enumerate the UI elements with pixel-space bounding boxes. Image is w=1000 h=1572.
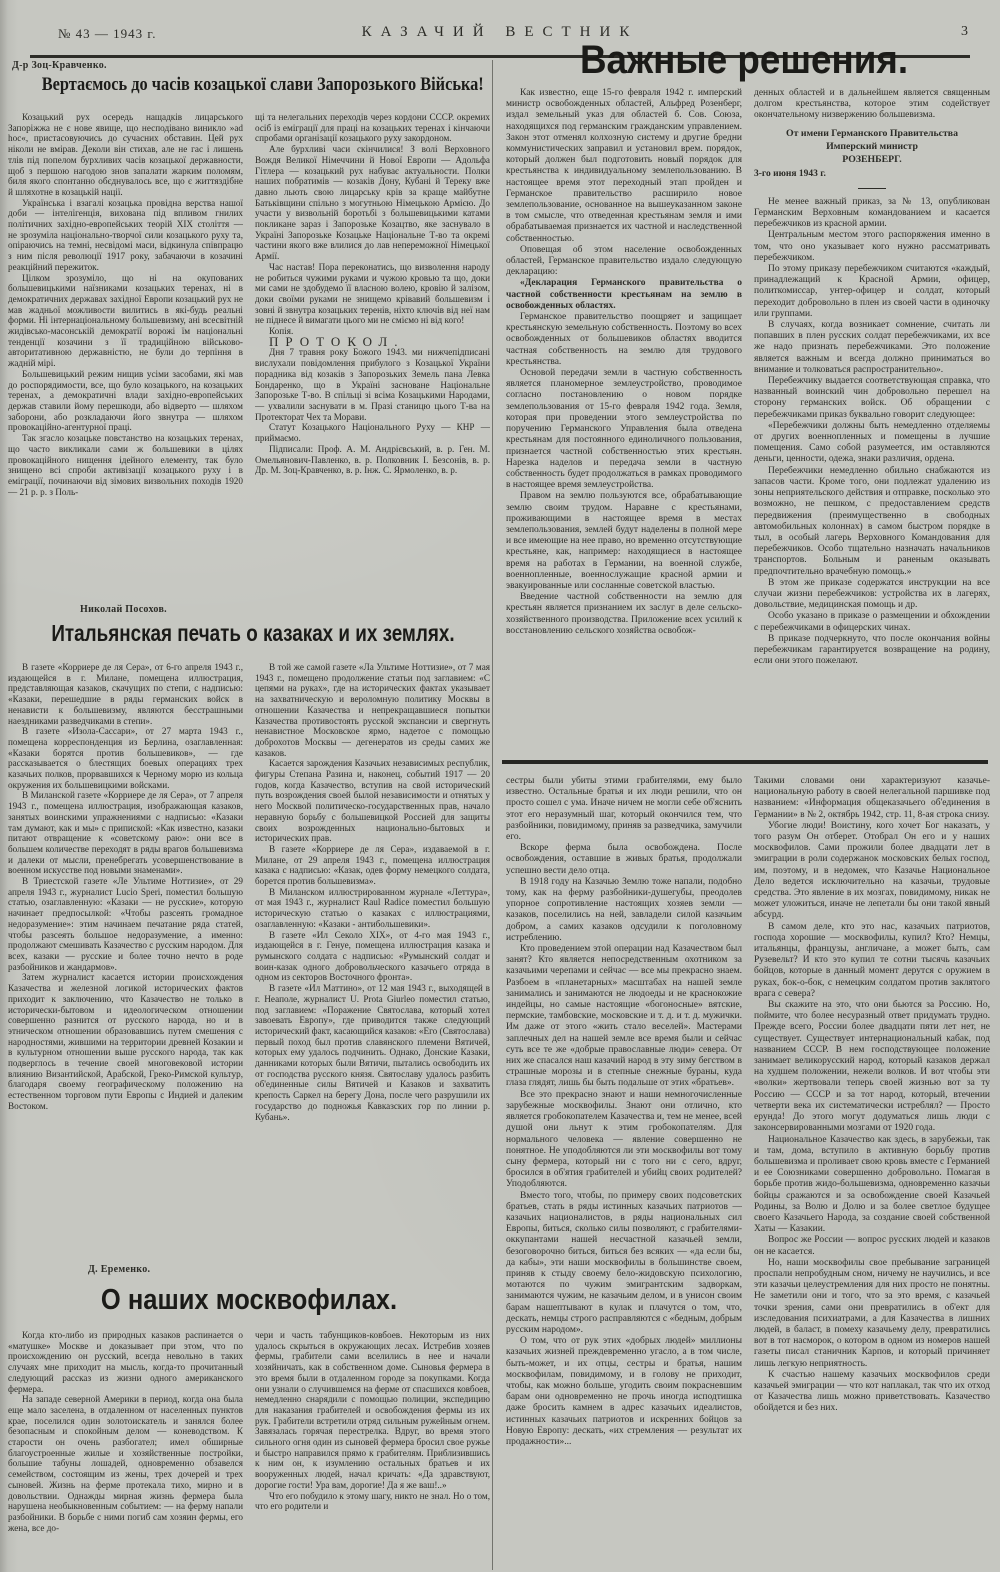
article1-body: Козацький рух осередь нащадків лицарсько… bbox=[8, 112, 490, 598]
signature-line-3: РОЗЕНБЕРГ. bbox=[754, 153, 990, 166]
paragraph: Статут Козацького Національного Руху — К… bbox=[255, 422, 490, 443]
paragraph: Как известно, еще 15-го февраля 1942 г. … bbox=[506, 88, 742, 245]
paragraph: Введение частной собственности на землю … bbox=[506, 592, 742, 637]
article3-body: Когда кто-либо из природных казаков расп… bbox=[8, 1330, 490, 1572]
paragraph: Вскоре ферма была освобождена. После осв… bbox=[506, 843, 742, 877]
paragraph: Дня 7 травня року Божого 1943. ми нижчеп… bbox=[255, 347, 490, 422]
article4-column-2: денных областей и в дальнейшем является … bbox=[754, 88, 990, 758]
paragraph: Вопрос же России — вопрос русских людей … bbox=[754, 1235, 990, 1257]
paragraph: Что его побудило к этому шагу, никто не … bbox=[255, 1491, 490, 1512]
paragraph: Особо указано в приказе о размещении и о… bbox=[754, 611, 990, 633]
paragraph: Вы скажите на это, что они бьются за Рос… bbox=[754, 1000, 990, 1134]
paragraph: По этому приказу перебежчиком считаются … bbox=[754, 264, 990, 320]
paragraph: В 1918 году на Казачью Землю тоже напали… bbox=[506, 877, 742, 944]
paragraph: Основой передачи земли в частную собстве… bbox=[506, 368, 742, 491]
article2-byline: Николай Посохов. bbox=[80, 604, 167, 615]
section-rule bbox=[502, 760, 988, 764]
paragraph: В газете «Изола-Сассари», от 27 марта 19… bbox=[8, 726, 243, 790]
paragraph: В газете «Ил Секоло XIX», от 4-го мая 19… bbox=[255, 930, 490, 984]
article1-headline: Вертаємось до часів козацької слави Запо… bbox=[42, 74, 457, 96]
article3-headline: О наших москвофилах. bbox=[37, 1284, 461, 1317]
article3-byline: Д. Еременко. bbox=[88, 1264, 150, 1275]
paragraph: «Декларация Германского правительства о … bbox=[506, 278, 742, 312]
left-half: Д-р Зоц-Кравченко. Вертаємось до часів к… bbox=[8, 58, 490, 1572]
date-line: 3-го июня 1943 г. bbox=[754, 169, 990, 180]
article1-byline: Д-р Зоц-Кравченко. bbox=[12, 60, 107, 71]
paragraph: В Миланской газете «Корриере де ля Сера»… bbox=[8, 790, 243, 876]
paragraph: чери и часть табунщиков-ковбоев. Некотор… bbox=[255, 1330, 490, 1491]
article3-column-1: Когда кто-либо из природных казаков расп… bbox=[8, 1330, 243, 1572]
paragraph: Когда кто-либо из природных казаков расп… bbox=[8, 1330, 243, 1394]
paragraph: В газете «Корриере де ля Сера», издаваем… bbox=[255, 844, 490, 887]
paragraph: Правом на землю пользуются все, обрабаты… bbox=[506, 491, 742, 592]
newspaper-page: № 43 — 1943 г. КАЗАЧИЙ ВЕСТНИК 3 Д-р Зоц… bbox=[0, 0, 1000, 1572]
paragraph: щі та нелегальних переходів через кордон… bbox=[255, 112, 490, 144]
article4-body: Как известно, еще 15-го февраля 1942 г. … bbox=[506, 88, 990, 758]
paragraph: Час настав! Пора переконатись, що визвол… bbox=[255, 262, 490, 326]
paragraph: Все это прекрасно знают и наши немногочи… bbox=[506, 1090, 742, 1191]
dash-separator bbox=[858, 188, 886, 189]
paragraph: Убогие люди! Воистину, кого хочет Бог на… bbox=[754, 821, 990, 922]
article4-orders-text: Не менее важный приказ, за № 13, опублик… bbox=[754, 197, 990, 668]
article2-column-1: В газете «Корриере де ля Сера», от 6-го … bbox=[8, 662, 243, 1242]
paragraph: Але бурхливі часи скінчилися! З волі Вер… bbox=[255, 144, 490, 262]
article4-column-1: Как известно, еще 15-го февраля 1942 г. … bbox=[506, 88, 742, 758]
article4-lead-continuation: денных областей и в дальнейшем является … bbox=[754, 88, 990, 122]
article2-column-2: В той же самой газете «Ла Ультиме Ноттиз… bbox=[255, 662, 490, 1242]
paragraph: Затем журналист касается истории происхо… bbox=[8, 972, 243, 1111]
paragraph: «Перебежчики должны быть немедленно отде… bbox=[754, 421, 990, 466]
paragraph: Большевицький режим нищив усіми засобами… bbox=[8, 369, 243, 433]
paragraph: В газете «Ил Маттино», от 12 мая 1943 г.… bbox=[255, 983, 490, 1122]
article4-headline: Важные решения. bbox=[516, 38, 972, 83]
paragraph: Цілком зрозуміло, що ні на окупованих бо… bbox=[8, 273, 243, 369]
paragraph: сестры были убиты этими грабителями, ему… bbox=[506, 776, 742, 843]
paragraph: Перебежчики немедленно обильно снабжаютс… bbox=[754, 466, 990, 578]
paragraph: В газете «Корриере де ля Сера», от 6-го … bbox=[8, 662, 243, 726]
paragraph: Підписали: Проф. А. М. Андрієвський, в. … bbox=[255, 444, 490, 476]
signature-line-1: От имени Германского Правительства bbox=[754, 127, 990, 140]
protocol-body: Дня 7 травня року Божого 1943. ми нижчеп… bbox=[255, 347, 490, 475]
paragraph: На западе северной Америки в период, ког… bbox=[8, 1394, 243, 1533]
paragraph: Козацький рух осередь нащадків лицарсько… bbox=[8, 112, 243, 198]
paragraph: Такими словами они характеризуют казачье… bbox=[754, 776, 990, 821]
article3-column-4: Такими словами они характеризуют казачье… bbox=[754, 776, 990, 1572]
article2-headline: Итальянская печать о казаках и их землях… bbox=[51, 620, 446, 647]
right-half: Важные решения. Как известно, еще 15-го … bbox=[496, 38, 996, 1572]
paragraph: В случаях, когда возникает сомнение, счи… bbox=[754, 320, 990, 376]
signature-line-2: Имперский министр bbox=[754, 140, 990, 153]
article3-column-2: чери и часть табунщиков-ковбоев. Некотор… bbox=[255, 1330, 490, 1572]
paragraph: В самом деле, кто это нас, казачьих патр… bbox=[754, 922, 990, 1000]
paragraph: Оповещая об этом население освобожденных… bbox=[506, 245, 742, 279]
article1-column-2: щі та нелегальних переходів через кордон… bbox=[255, 112, 490, 598]
article3-continuation: сестры были убиты этими грабителями, ему… bbox=[506, 776, 990, 1572]
article2-body: В газете «Корриере де ля Сера», от 6-го … bbox=[8, 662, 490, 1242]
column-divider bbox=[492, 60, 493, 1570]
paragraph: Центральным местом этого распоряжения им… bbox=[754, 230, 990, 264]
signature-block: От имени Германского Правительства Импер… bbox=[754, 127, 990, 166]
paragraph: Национальное Казачество как здесь, в зар… bbox=[754, 1135, 990, 1236]
protocol-title: ПРОТОКОЛ. bbox=[255, 337, 490, 348]
paragraph: Українська і взагалі козацька провідна в… bbox=[8, 198, 243, 273]
article1-column-1: Козацький рух осередь нащадків лицарсько… bbox=[8, 112, 243, 598]
paragraph: Германское правительство поощряет и защи… bbox=[506, 312, 742, 368]
paragraph: Касается зарождения Казачьих независимых… bbox=[255, 758, 490, 844]
paragraph: В приказе подчеркнуто, что после окончан… bbox=[754, 634, 990, 668]
paragraph: О том, что от рук этих «добрых людей» ми… bbox=[506, 1336, 742, 1448]
paragraph: В той же самой газете «Ла Ультиме Ноттиз… bbox=[255, 662, 490, 758]
paragraph: Не менее важный приказ, за № 13, опублик… bbox=[754, 197, 990, 231]
paragraph: Так згасло козацьке повстанство на козац… bbox=[8, 433, 243, 497]
paragraph: В Миланском иллюстрированном журнале «Ле… bbox=[255, 887, 490, 930]
paragraph: В этом же приказе содержатся инструкции … bbox=[754, 578, 990, 612]
paragraph: Но, наши москвофилы свое пребывание загр… bbox=[754, 1258, 990, 1370]
paragraph: Кто проведением этой операции над Казаче… bbox=[506, 944, 742, 1090]
paragraph: В Триестской газете «Ле Ультиме Ноттизие… bbox=[8, 876, 243, 972]
paragraph: К счастью нашему казачьих москвофилов ср… bbox=[754, 1370, 990, 1415]
paragraph: Вместо того, чтобы, по примеру своих под… bbox=[506, 1191, 742, 1337]
article3-column-3: сестры были убиты этими грабителями, ему… bbox=[506, 776, 742, 1572]
paragraph: Перебежчику выдается соответствующая спр… bbox=[754, 376, 990, 421]
